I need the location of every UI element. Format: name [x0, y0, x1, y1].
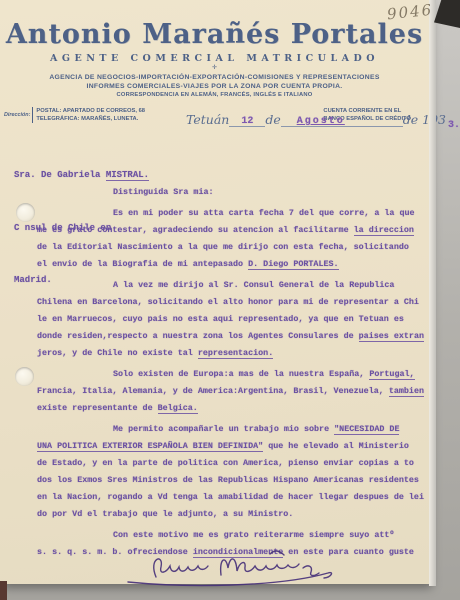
letter-lines: Distinguida Sra mia:Es en mi poder su at… [37, 184, 431, 561]
text: me es grato contestar, agradeciendo su a… [37, 225, 354, 235]
underlined-text: tambien [389, 386, 424, 397]
dateline: Tetuán 12 de Agosto de 193 3. [186, 111, 458, 127]
postal-address: POSTAL: APARTADO DE CORREOS, 68 [36, 108, 145, 114]
text: do por Vd el trabajo que le adjunto, a s… [37, 509, 293, 519]
underlined-text: Portugal, [369, 369, 414, 380]
punch-hole [16, 203, 35, 222]
underlined-text: representacion. [198, 348, 273, 359]
letter-line: Solo existen de Europa:a mas de la nuest… [37, 366, 431, 383]
text: Distinguida Sra mia: [113, 187, 214, 197]
letterhead-services-line2: INFORMES COMERCIALES-VIAJES POR LA ZONA … [0, 83, 429, 90]
dateline-de1: de [265, 112, 280, 127]
telegraph-address: TELEGRÁFICA: MARAÑÉS, LUNETA. [36, 116, 138, 122]
letter-line: le en Marruecos, cuyo pais no esta aqui … [37, 311, 431, 328]
letter-line: el envio de la Biografia de mi antepasad… [37, 256, 431, 273]
ornament-cross-icon: ✛ [0, 66, 429, 71]
scan-dark-corner [434, 0, 460, 28]
letterhead-name: Antonio Marañés Portales [0, 19, 429, 50]
letterhead-services-line1: AGENCIA DE NEGOCIOS-IMPORTACIÓN-EXPORTAC… [0, 74, 429, 81]
letter-line: Francia, Italia, Alemania, y de America:… [37, 383, 431, 400]
letter-line: Chilena en Barcelona, solicitando el alt… [37, 294, 431, 311]
letter-line: Me permito acompañarle un trabajo mio so… [37, 421, 431, 438]
dateline-year-digit: 3. [448, 120, 460, 131]
text: le en Marruecos, cuyo pais no esta aqui … [37, 314, 404, 324]
letter-line: en la Nacion, rogando a Vd tenga la amab… [37, 489, 431, 506]
underlined-text: D. Diego PORTALES. [248, 259, 338, 270]
scan-bottom-sliver [0, 581, 7, 600]
letter-line: de la Editorial Nascimiento a la que me … [37, 239, 431, 256]
letterhead-languages-line: CORRESPONDENCIA EN ALEMÁN, FRANCÉS, INGL… [0, 92, 429, 98]
letter-line: Con este motivo me es grato reiterarme s… [37, 527, 431, 544]
text: el envio de la Biografia de mi antepasad… [37, 259, 248, 269]
text: existe representante de [37, 403, 158, 413]
text: de Estado, y en la parte de politica con… [37, 458, 414, 468]
dateline-month-rule: Agosto [281, 111, 361, 127]
text: donde residen,respecto a nuestra zona lo… [37, 331, 359, 341]
text: Chilena en Barcelona, solicitando el alt… [37, 297, 419, 307]
recipient-salutation: Sra. De Gabriela [14, 170, 106, 180]
recipient-name-line: Sra. De Gabriela MISTRAL. [14, 167, 149, 185]
letterhead: Antonio Marañés Portales AGENTE COMERCIA… [0, 0, 429, 123]
letter-paper: Antonio Marañés Portales AGENTE COMERCIA… [0, 0, 429, 584]
text: Me permito acompañarle un trabajo mio so… [113, 424, 334, 434]
recipient-surname: MISTRAL. [106, 170, 149, 181]
punch-hole [15, 367, 34, 386]
direccion-label: Dirección: [4, 112, 30, 118]
letter-line: donde residen,respecto a nuestra zona lo… [37, 328, 431, 345]
dateline-day: 12 [241, 116, 253, 127]
text: que he elevado al Ministerio [263, 441, 409, 451]
letter-line: existe representante de Belgica. [37, 400, 431, 417]
address-block: Dirección: POSTAL: APARTADO DE CORREOS, … [4, 107, 145, 123]
letter-line: Es en mi poder su atta carta fecha 7 del… [37, 205, 431, 222]
text: Solo existen de Europa:a mas de la nuest… [113, 369, 369, 379]
text: Es en mi poder su atta carta fecha 7 del… [113, 208, 415, 218]
dateline-month: Agosto [297, 116, 345, 127]
signature [118, 546, 343, 592]
underlined-text: UNA POLITICA EXTERIOR ESPAÑOLA BIEN DEFI… [37, 441, 263, 452]
dateline-day-rule: 12 [229, 111, 265, 127]
dateline-de2: de 193 [403, 112, 446, 127]
underlined-text: la direccion [354, 225, 414, 236]
text: jeros, y de Chile no existe tal [37, 348, 198, 358]
letter-line: de Estado, y en la parte de politica con… [37, 455, 431, 472]
postal-telegraph-lines: POSTAL: APARTADO DE CORREOS, 68 TELEGRÁF… [32, 107, 145, 123]
letter-line: Distinguida Sra mia: [37, 184, 431, 201]
letter-line: do por Vd el trabajo que le adjunto, a s… [37, 506, 431, 523]
letter-line: jeros, y de Chile no existe tal represen… [37, 345, 431, 362]
dateline-blank-rule [361, 111, 403, 127]
text: en la Nacion, rogando a Vd tenga la amab… [37, 492, 424, 502]
letter-line: me es grato contestar, agradeciendo su a… [37, 222, 431, 239]
letter-line: A la vez me dirijo al Sr. Consul General… [37, 277, 431, 294]
underlined-text: "NECESIDAD DE [334, 424, 399, 435]
underlined-text: Belgica. [158, 403, 198, 414]
paper-edge-shadow [429, 0, 436, 586]
text: Con este motivo me es grato reiterarme s… [113, 530, 394, 540]
underlined-text: paises extran [359, 331, 424, 342]
letter-line: dos los Exmos Sres Ministros de las Repu… [37, 472, 431, 489]
text: A la vez me dirijo al Sr. Consul General… [113, 280, 394, 290]
letter-line: UNA POLITICA EXTERIOR ESPAÑOLA BIEN DEFI… [37, 438, 431, 455]
text: dos los Exmos Sres Ministros de las Repu… [37, 475, 419, 485]
letterhead-title: AGENTE COMERCIAL MATRICULADO [0, 53, 429, 64]
text: de la Editorial Nascimiento a la que me … [37, 242, 409, 252]
text: Francia, Italia, Alemania, y de America:… [37, 386, 389, 396]
dateline-place: Tetuán [186, 112, 229, 127]
